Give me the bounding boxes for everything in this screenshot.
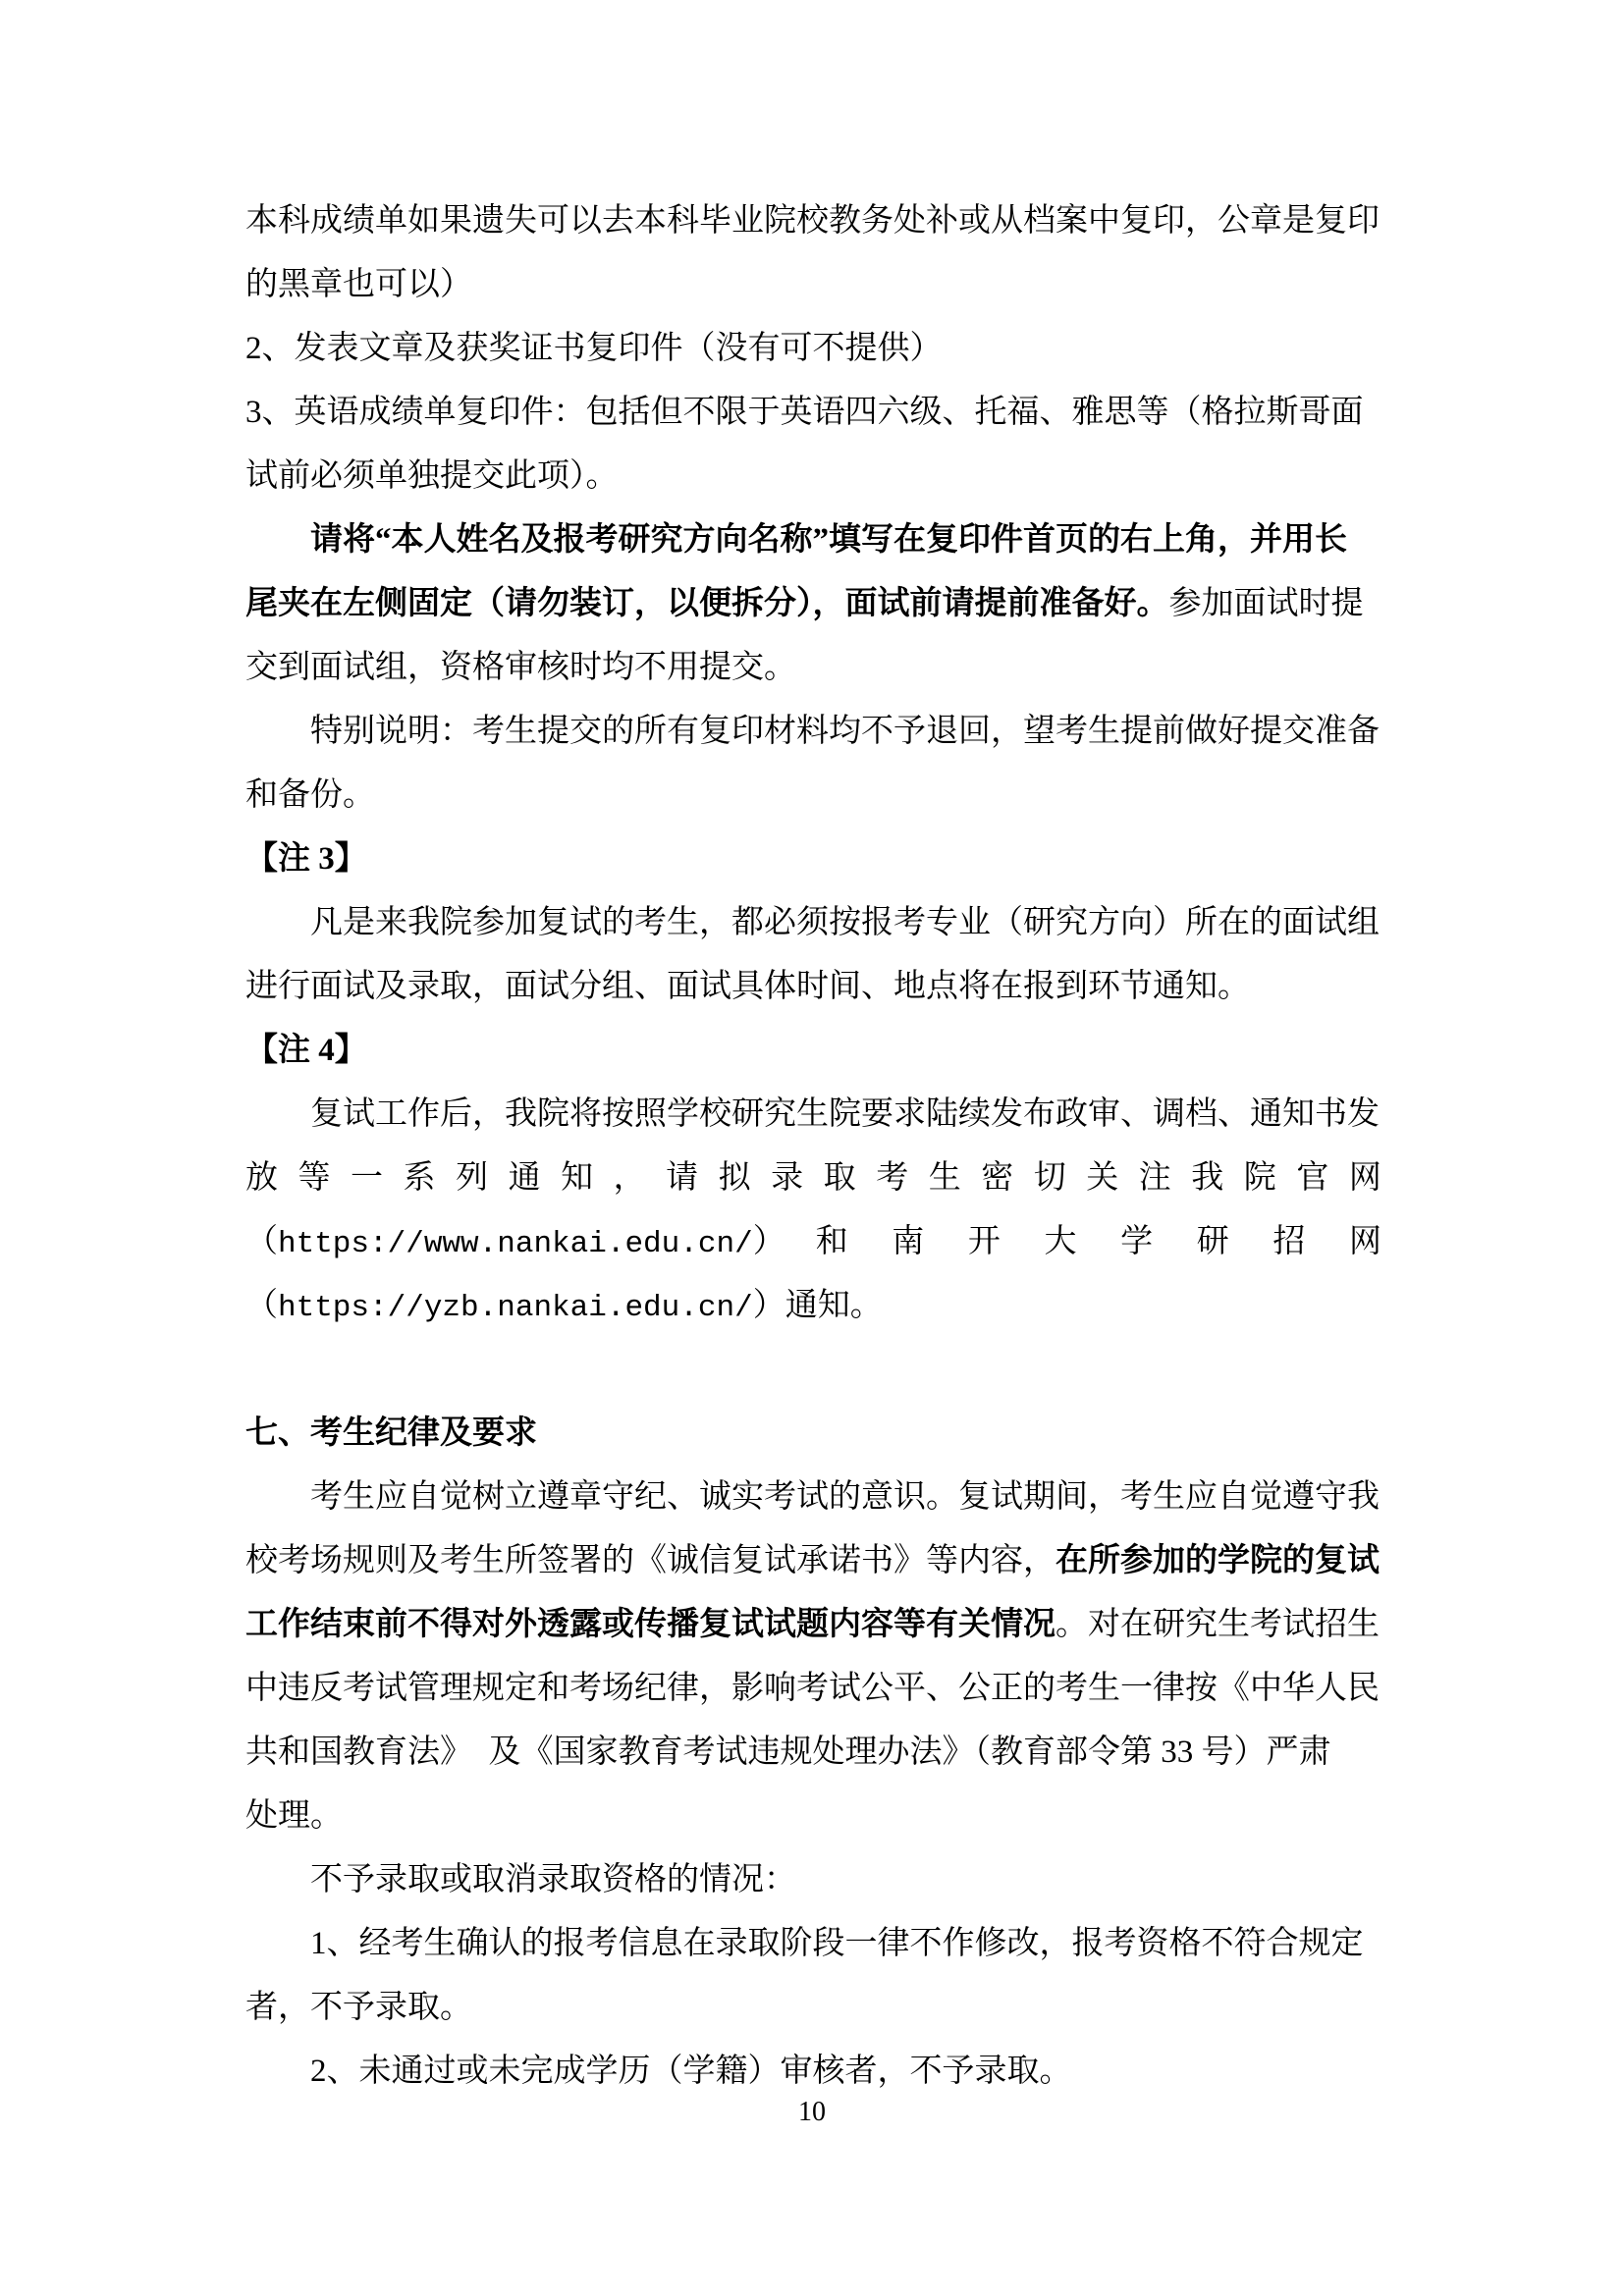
bold-segment: 工作结束前不得对外透露或传播复试试题内容等有关情况	[245, 1607, 1056, 1642]
justified-char: 大	[1045, 1210, 1077, 1274]
note4-url-line: （https://www.nankai.edu.cn/）和南开大学研招网	[245, 1210, 1381, 1274]
justified-char: 研	[1197, 1210, 1229, 1274]
justified-char: 和	[816, 1210, 848, 1274]
blank-line	[245, 1338, 1381, 1402]
page-number: 10	[0, 2093, 1624, 2132]
justified-tail: 和南开大学研招网	[816, 1210, 1381, 1274]
justified-char: 生	[929, 1147, 961, 1210]
justified-char: 切	[1034, 1147, 1066, 1210]
justified-char: 录	[771, 1147, 803, 1210]
note3-line: 进行面试及录取，面试分组、面试具体时间、地点将在报到环节通知。	[245, 955, 1381, 1019]
justified-char: 请	[666, 1147, 698, 1210]
justified-char: 放	[245, 1147, 278, 1210]
section7-line: 考生应自觉树立遵章守纪、诚实考试的意识。复试期间，考生应自觉遵守我	[245, 1466, 1381, 1529]
justified-char: ，	[614, 1147, 646, 1210]
section7-line: 中违反考试管理规定和考场纪律，影响考试公平、公正的考生一律按《中华人民	[245, 1657, 1381, 1721]
section7-list-item-1: 1、经考生确认的报考信息在录取阶段一律不作修改，报考资格不符合规定	[245, 1912, 1381, 1976]
url-nankai-official: https://www.nankai.edu.cn/	[278, 1212, 753, 1276]
note3-line: 凡是来我院参加复试的考生，都必须按报考专业（研究方向）所在的面试组	[245, 891, 1381, 955]
paragraph-line: 本科成绩单如果遗失可以去本科毕业院校教务处补或从档案中复印，公章是复印	[245, 189, 1381, 253]
note4-label: 【注 4】	[245, 1019, 1381, 1083]
justified-char: 通	[509, 1147, 541, 1210]
section7-line: 处理。	[245, 1785, 1381, 1848]
justified-char: 网	[1349, 1210, 1381, 1274]
note4-justified-line: 放等一系列通知，请拟录取考生密切关注我院官网	[245, 1147, 1381, 1210]
justified-char: 等	[298, 1147, 331, 1210]
justified-char: 密	[981, 1147, 1013, 1210]
paren-open: （	[245, 1288, 278, 1323]
special-note-line: 特别说明：考生提交的所有复印材料均不予退回，望考生提前做好提交准备	[245, 700, 1381, 764]
url-yzb-nankai: https://yzb.nankai.edu.cn/	[278, 1291, 753, 1325]
justified-char: 知	[561, 1147, 593, 1210]
justified-char: 一	[351, 1147, 383, 1210]
justified-char: 我	[1191, 1147, 1223, 1210]
justified-char: 拟	[719, 1147, 751, 1210]
notice-mixed-line: 尾夹在左侧固定（请勿装订，以便拆分），面试前请提前准备好。参加面试时提	[245, 572, 1381, 636]
justified-char: 招	[1272, 1210, 1305, 1274]
justified-char: 南	[892, 1210, 924, 1274]
paragraph-line: 的黑章也可以）	[245, 253, 1381, 317]
paragraph-line: 试前必须单独提交此项）。	[245, 445, 1381, 508]
justified-char: 系	[404, 1147, 436, 1210]
justified-char: 官	[1296, 1147, 1328, 1210]
list-item-2: 2、发表文章及获奖证书复印件（没有可不提供）	[245, 317, 1381, 381]
note4-url-line2: （https://yzb.nankai.edu.cn/）通知。	[245, 1274, 1381, 1338]
notice-bold-segment: 尾夹在左侧固定（请勿装订，以便拆分），面试前请提前准备好。	[245, 586, 1169, 621]
paren-open: （	[245, 1210, 278, 1274]
justified-char: 网	[1349, 1147, 1381, 1210]
paragraph-line: 交到面试组，资格审核时均不用提交。	[245, 636, 1381, 700]
paragraph-line: 和备份。	[245, 764, 1381, 828]
list-item-3: 3、英语成绩单复印件：包括但不限于英语四六级、托福、雅思等（格拉斯哥面	[245, 381, 1381, 445]
note3-label: 【注 3】	[245, 828, 1381, 891]
regular-segment: 校考场规则及考生所签署的《诚信复试承诺书》等内容，	[245, 1543, 1056, 1578]
section7-mixed-line: 校考场规则及考生所签署的《诚信复试承诺书》等内容，在所参加的学院的复试	[245, 1529, 1381, 1593]
section7-line: 不予录取或取消录取资格的情况：	[245, 1848, 1381, 1912]
regular-segment: 。对在研究生考试招生	[1056, 1607, 1380, 1642]
justified-char: 院	[1244, 1147, 1276, 1210]
paren-close: ）	[753, 1210, 785, 1274]
justified-char: 关	[1086, 1147, 1118, 1210]
notice-bold-line: 请将“本人姓名及报考研究方向名称”填写在复印件首页的右上角，并用长	[245, 508, 1381, 572]
justified-char: 考	[876, 1147, 908, 1210]
section7-mixed-line: 工作结束前不得对外透露或传播复试试题内容等有关情况。对在研究生考试招生	[245, 1593, 1381, 1657]
justified-char: 开	[968, 1210, 1001, 1274]
section7-line: 者，不予录取。	[245, 1976, 1381, 2040]
notice-regular-segment: 参加面试时提	[1169, 586, 1364, 621]
bold-segment: 在所参加的学院的复试	[1056, 1543, 1380, 1578]
justified-char: 取	[824, 1147, 856, 1210]
document-page: 本科成绩单如果遗失可以去本科毕业院校教务处补或从档案中复印，公章是复印 的黑章也…	[0, 0, 1624, 2296]
section7-heading: 七、考生纪律及要求	[245, 1402, 1381, 1466]
justified-char: 学	[1120, 1210, 1153, 1274]
justified-char: 注	[1139, 1147, 1171, 1210]
justified-char: 列	[456, 1147, 488, 1210]
text-block: 本科成绩单如果遗失可以去本科毕业院校教务处补或从档案中复印，公章是复印 的黑章也…	[245, 189, 1381, 2104]
url-line-tail: ）通知。	[753, 1288, 883, 1323]
note4-line: 复试工作后，我院将按照学校研究生院要求陆续发布政审、调档、通知书发	[245, 1083, 1381, 1147]
section7-line: 共和国教育法》 及《国家教育考试违规处理办法》（教育部令第 33 号）严肃	[245, 1721, 1381, 1785]
